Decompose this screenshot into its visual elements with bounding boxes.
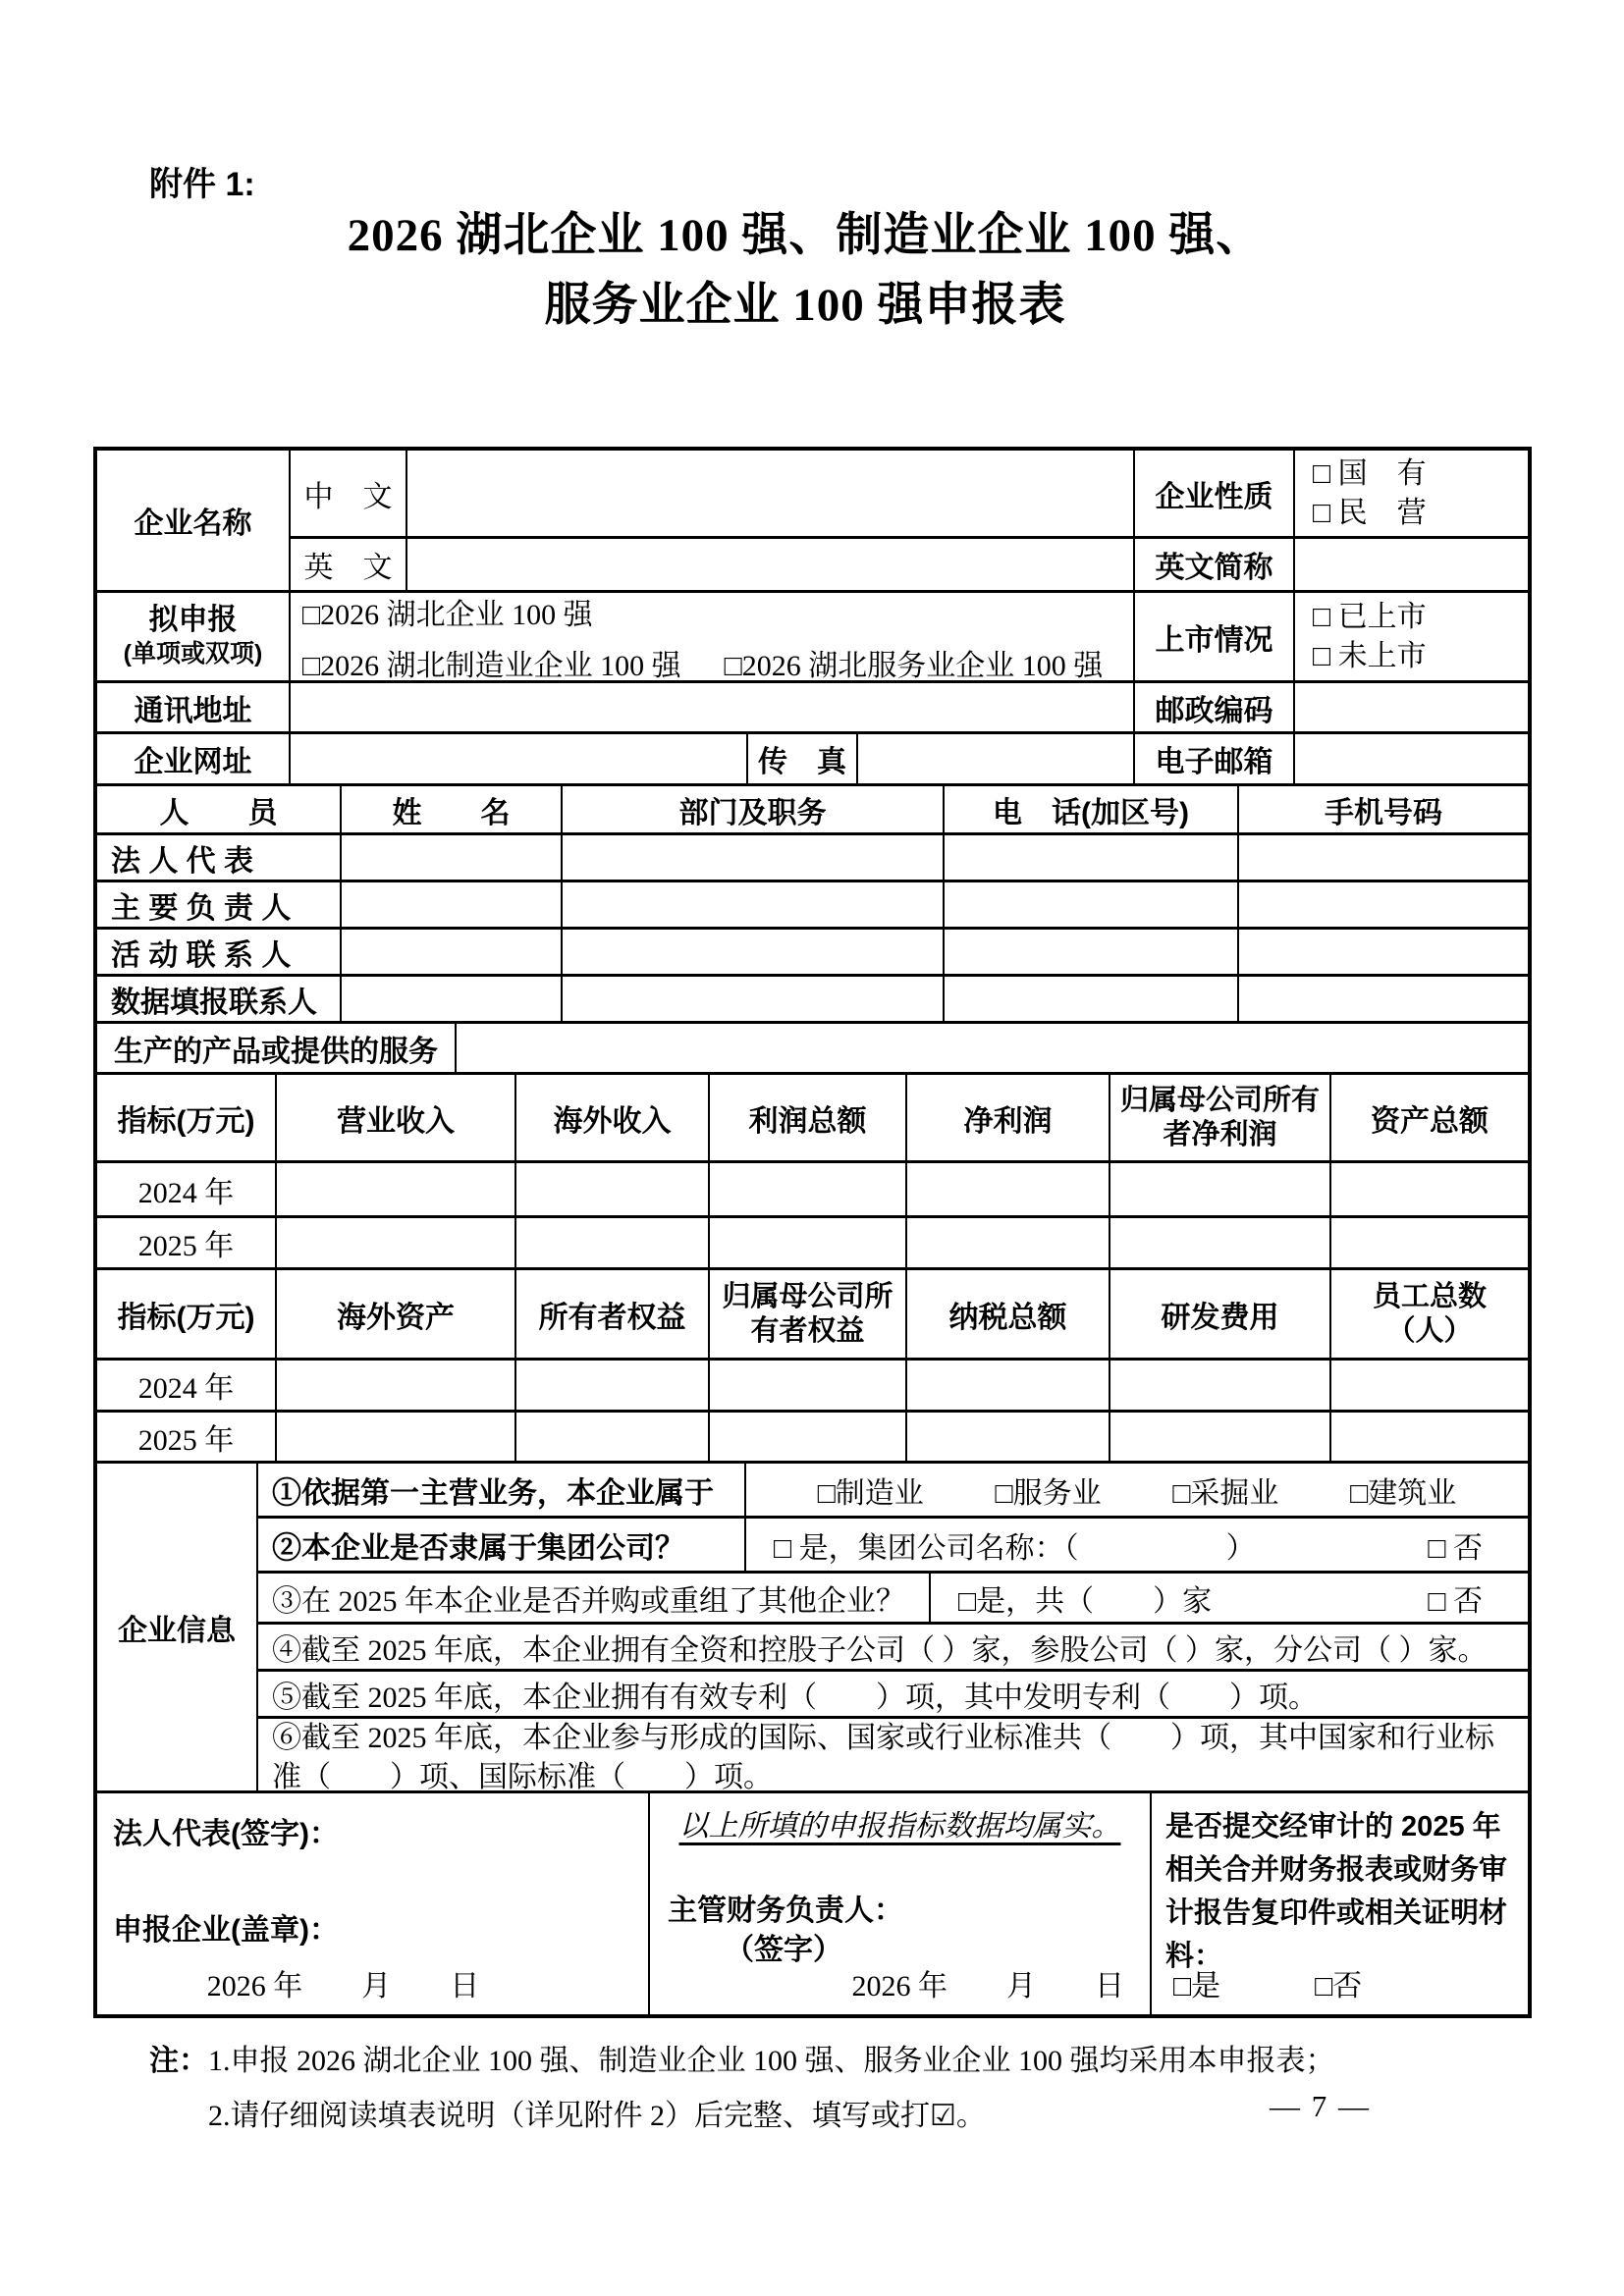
field-2025-owner-equity[interactable] — [516, 1413, 710, 1461]
apply-options-line2: □2026 湖北制造业企业 100 强 □2026 湖北服务业企业 100 强 — [302, 641, 1103, 681]
people-header-phone: 电 话(加区号) — [945, 786, 1239, 832]
indicators1-header-net-profit: 净利润 — [907, 1075, 1110, 1160]
field-2024-overseas-assets[interactable] — [277, 1361, 516, 1410]
signature-left-cell: 法人代表(签字)： 申报企业(盖章)： 2026 年 月 日 — [97, 1793, 650, 2014]
field-company-name-chinese[interactable] — [407, 451, 1135, 536]
checkbox-q3-yes[interactable]: □是，共（ ）家 — [958, 1576, 1212, 1620]
company-name-label: 企业名称 — [97, 451, 291, 590]
row-company-info: 企业信息 ①依据第一主营业务，本企业属于 □制造业 □服务业 □采掘业 □建筑业… — [97, 1464, 1528, 1793]
website-label: 企业网址 — [97, 734, 291, 783]
field-legal-rep-name[interactable] — [342, 835, 563, 880]
field-products[interactable] — [457, 1024, 1528, 1072]
note-label: 注： — [149, 2034, 208, 2144]
company-info-questions: ①依据第一主营业务，本企业属于 □制造业 □服务业 □采掘业 □建筑业 ②本企业… — [258, 1464, 1528, 1790]
company-nature-options: □ 国 有 □ 民 营 — [1295, 451, 1528, 536]
field-2024-rd-expense[interactable] — [1110, 1361, 1331, 1410]
company-seal-label: 申报企业(盖章)： — [113, 1905, 339, 1949]
q2-options: □ 是，集团公司名称：（ ） □ 否 — [746, 1519, 1528, 1571]
field-2024-total-tax[interactable] — [907, 1361, 1110, 1410]
signature-right-cell: 是否提交经审计的 2025 年相关合并财务报表或财务审计报告复印件或相关证明材料… — [1152, 1793, 1528, 2014]
field-activity-contact-mobile[interactable] — [1239, 930, 1528, 974]
signature-date-mid: 2026 年 月 日 — [852, 1961, 1125, 2004]
field-2025-overseas-revenue[interactable] — [516, 1218, 710, 1267]
declaration-text: 以上所填的申报指标数据均属实。 — [654, 1801, 1146, 1844]
field-principal-phone[interactable] — [945, 882, 1239, 927]
audit-options: □是 □否 — [1173, 1961, 1362, 2004]
checkbox-service-top100[interactable]: □2026 湖北服务业企业 100 强 — [725, 641, 1104, 681]
checkbox-hubei-top100[interactable]: □2026 湖北企业 100 强 — [302, 593, 593, 633]
field-principal-dept[interactable] — [563, 882, 945, 927]
row-apply: 拟申报 (单项或双项) □2026 湖北企业 100 强 □2026 湖北制造业… — [97, 593, 1528, 683]
checkbox-state-owned[interactable]: □ 国 有 — [1313, 454, 1427, 494]
legal-representative-label: 法 人 代 表 — [97, 835, 342, 880]
field-legal-rep-phone[interactable] — [945, 835, 1239, 880]
form-title: 2026 湖北企业 100 强、制造业企业 100 强、 服务业企业 100 强… — [0, 201, 1610, 341]
footnotes: 注： 1.申报 2026 湖北企业 100 强、制造业企业 100 强、服务业企… — [149, 2034, 1335, 2144]
checkbox-q3-no[interactable]: □ 否 — [1428, 1576, 1483, 1620]
english-abbr-label: 英文简称 — [1135, 539, 1295, 590]
indicators1-header-revenue: 营业收入 — [277, 1075, 516, 1160]
row-indicators1-2024: 2024 年 — [97, 1163, 1528, 1218]
q2-text: ②本企业是否隶属于集团公司？ — [258, 1519, 746, 1571]
indicators2-header-parent-equity: 归属母公司所有者权益 — [710, 1270, 907, 1358]
company-info-label: 企业信息 — [97, 1464, 258, 1790]
signature-middle-cell: 以上所填的申报指标数据均属实。 主管财务负责人： （签字） 2026 年 月 日 — [650, 1793, 1152, 2014]
people-header-role: 人 员 — [97, 786, 342, 832]
field-fax[interactable] — [858, 734, 1135, 783]
subrow-q5: ⑤截至 2025 年底，本企业拥有有效专利（ ）项，其中发明专利（ ）项。 — [258, 1672, 1528, 1719]
row-people-header: 人 员 姓 名 部门及职务 电 话(加区号) 手机号码 — [97, 786, 1528, 835]
q6-text: ⑥截至 2025 年底，本企业参与形成的国际、国家或行业标准共（ ）项，其中国家… — [258, 1719, 1528, 1797]
field-2024-revenue[interactable] — [277, 1163, 516, 1215]
indicators2-header-unit: 指标(万元) — [97, 1270, 277, 1358]
indicators2-header-owner-equity: 所有者权益 — [516, 1270, 710, 1358]
indicators1-header-parent-net-profit: 归属母公司所有者净利润 — [1110, 1075, 1331, 1160]
indicators1-header-total-assets: 资产总额 — [1331, 1075, 1528, 1160]
field-data-contact-mobile[interactable] — [1239, 977, 1528, 1021]
audit-question: 是否提交经审计的 2025 年相关合并财务报表或财务审计报告复印件或相关证明材料… — [1165, 1805, 1516, 1978]
listing-status-label: 上市情况 — [1135, 593, 1295, 680]
attachment-label: 附件 1: — [149, 157, 255, 205]
field-2025-total-profit[interactable] — [710, 1218, 907, 1267]
field-2025-parent-net-profit[interactable] — [1110, 1218, 1331, 1267]
field-email[interactable] — [1295, 734, 1528, 783]
indicators2-header-rd-expense: 研发费用 — [1110, 1270, 1331, 1358]
note-lines: 1.申报 2026 湖北企业 100 强、制造业企业 100 强、服务业企业 1… — [208, 2034, 1335, 2144]
page-number: — 7 — — [1270, 2089, 1371, 2124]
legal-rep-sign-label: 法人代表(签字)： — [113, 1809, 339, 1852]
people-header-name: 姓 名 — [342, 786, 563, 832]
form-title-line1: 2026 湖北企业 100 强、制造业企业 100 强、 — [348, 210, 1264, 261]
field-activity-contact-phone[interactable] — [945, 930, 1239, 974]
chinese-name-label: 中 文 — [291, 451, 407, 536]
document-page: 附件 1: 2026 湖北企业 100 强、制造业企业 100 强、 服务业企业… — [0, 0, 1624, 2296]
note-line-2: 2.请仔细阅读填表说明（详见附件 2）后完整、填写或打☑。 — [208, 2089, 1335, 2144]
checkbox-manufacturing[interactable]: □制造业 — [818, 1468, 924, 1512]
field-principal-mobile[interactable] — [1239, 882, 1528, 927]
indicators2-year-2025: 2025 年 — [97, 1413, 277, 1461]
application-form-table: 企业名称 中 文 企业性质 □ 国 有 □ 民 营 英 文 英文简称 — [93, 447, 1532, 2018]
subrow-q2: ②本企业是否隶属于集团公司？ □ 是，集团公司名称：（ ） □ 否 — [258, 1519, 1528, 1574]
subrow-q1: ①依据第一主营业务，本企业属于 □制造业 □服务业 □采掘业 □建筑业 — [258, 1464, 1528, 1519]
field-address[interactable] — [291, 683, 1135, 731]
cfo-label: 主管财务负责人： — [668, 1886, 903, 1929]
field-2025-revenue[interactable] — [277, 1218, 516, 1267]
form-title-line2: 服务业企业 100 强申报表 — [545, 280, 1066, 331]
apply-sublabel: (单项或双项) — [124, 637, 263, 670]
subrow-english-name: 英 文 英文简称 — [291, 539, 1528, 590]
field-2025-employees[interactable] — [1331, 1413, 1528, 1461]
field-activity-contact-name[interactable] — [342, 930, 563, 974]
q3-text: ③在 2025 年本企业是否并购或重组了其他企业？ — [258, 1574, 931, 1622]
field-2024-total-assets[interactable] — [1331, 1163, 1528, 1215]
field-data-contact-phone[interactable] — [945, 977, 1239, 1021]
row-indicators2-2024: 2024 年 — [97, 1361, 1528, 1413]
row-company-name: 企业名称 中 文 企业性质 □ 国 有 □ 民 营 英 文 英文简称 — [97, 451, 1528, 593]
row-website: 企业网址 传 真 电子邮箱 — [97, 734, 1528, 786]
checkbox-q2-no[interactable]: □ 否 — [1428, 1523, 1483, 1567]
company-name-subgrid: 中 文 企业性质 □ 国 有 □ 民 营 英 文 英文简称 — [291, 451, 1528, 590]
address-label: 通讯地址 — [97, 683, 291, 731]
checkbox-service[interactable]: □服务业 — [996, 1468, 1102, 1512]
field-principal-name[interactable] — [342, 882, 563, 927]
q5-text: ⑤截至 2025 年底，本企业拥有有效专利（ ）项，其中发明专利（ ）项。 — [258, 1672, 1528, 1716]
indicators1-year-2025: 2025 年 — [97, 1218, 277, 1267]
activity-contact-label: 活 动 联 系 人 — [97, 930, 342, 974]
q3-options: □是，共（ ）家 □ 否 — [931, 1574, 1528, 1622]
row-products: 生产的产品或提供的服务 — [97, 1024, 1528, 1075]
field-2024-parent-equity[interactable] — [710, 1361, 907, 1410]
checkbox-listed[interactable]: □ 已上市 — [1313, 598, 1427, 637]
principal-label: 主 要 负 责 人 — [97, 882, 342, 927]
field-2024-net-profit[interactable] — [907, 1163, 1110, 1215]
row-legal-representative: 法 人 代 表 — [97, 835, 1528, 882]
field-english-abbr[interactable] — [1295, 539, 1528, 590]
signature-date-left: 2026 年 月 日 — [97, 1961, 589, 2004]
company-nature-label: 企业性质 — [1135, 451, 1295, 536]
postal-code-label: 邮政编码 — [1135, 683, 1295, 731]
row-indicators1-header: 指标(万元) 营业收入 海外收入 利润总额 净利润 归属母公司所有者净利润 资产… — [97, 1075, 1528, 1163]
field-2025-parent-equity[interactable] — [710, 1413, 907, 1461]
indicators1-header-total-profit: 利润总额 — [710, 1075, 907, 1160]
field-2025-total-tax[interactable] — [907, 1413, 1110, 1461]
english-name-label: 英 文 — [291, 539, 407, 590]
indicators2-header-employees: 员工总数（人） — [1331, 1270, 1528, 1358]
apply-label: 拟申报 — [149, 604, 238, 637]
fax-label: 传 真 — [748, 734, 858, 783]
field-2024-parent-net-profit[interactable] — [1110, 1163, 1331, 1215]
row-address: 通讯地址 邮政编码 — [97, 683, 1528, 734]
field-data-contact-dept[interactable] — [563, 977, 945, 1021]
checkbox-manufacturing-top100[interactable]: □2026 湖北制造业企业 100 强 — [302, 641, 681, 681]
q1-options: □制造业 □服务业 □采掘业 □建筑业 — [746, 1464, 1528, 1516]
field-company-name-english[interactable] — [407, 539, 1135, 590]
field-2025-rd-expense[interactable] — [1110, 1413, 1331, 1461]
checkbox-private[interactable]: □ 民 营 — [1313, 494, 1427, 533]
checkbox-construction[interactable]: □建筑业 — [1350, 1468, 1456, 1512]
field-2024-overseas-revenue[interactable] — [516, 1163, 710, 1215]
indicators2-year-2024: 2024 年 — [97, 1361, 277, 1410]
indicators2-header-total-tax: 纳税总额 — [907, 1270, 1110, 1358]
row-indicators2-header: 指标(万元) 海外资产 所有者权益 归属母公司所有者权益 纳税总额 研发费用 员… — [97, 1270, 1528, 1361]
row-activity-contact: 活 动 联 系 人 — [97, 930, 1528, 977]
checkbox-q2-yes[interactable]: □ 是，集团公司名称：（ ） — [774, 1523, 1256, 1567]
row-data-contact: 数据填报联系人 — [97, 977, 1528, 1024]
field-2024-owner-equity[interactable] — [516, 1361, 710, 1410]
note-line-1: 1.申报 2026 湖北企业 100 强、制造业企业 100 强、服务业企业 1… — [208, 2034, 1335, 2089]
products-label: 生产的产品或提供的服务 — [97, 1024, 457, 1072]
checkbox-audit-no[interactable]: □否 — [1315, 1961, 1362, 2004]
field-2025-total-assets[interactable] — [1331, 1218, 1528, 1267]
subrow-q6: ⑥截至 2025 年底，本企业参与形成的国际、国家或行业标准共（ ）项，其中国家… — [258, 1719, 1528, 1797]
q1-text: ①依据第一主营业务，本企业属于 — [258, 1464, 746, 1516]
data-contact-label: 数据填报联系人 — [97, 977, 342, 1021]
indicators1-header-unit: 指标(万元) — [97, 1075, 277, 1160]
people-header-dept: 部门及职务 — [563, 786, 945, 832]
indicators2-header-overseas-assets: 海外资产 — [277, 1270, 516, 1358]
field-data-contact-name[interactable] — [342, 977, 563, 1021]
subrow-q4: ④截至 2025 年底，本企业拥有全资和控股子公司（ ）家，参股公司（ ）家，分… — [258, 1625, 1528, 1672]
row-signature: 法人代表(签字)： 申报企业(盖章)： 2026 年 月 日 以上所填的申报指标… — [97, 1793, 1528, 2014]
field-website[interactable] — [291, 734, 748, 783]
q4-text: ④截至 2025 年底，本企业拥有全资和控股子公司（ ）家，参股公司（ ）家，分… — [258, 1625, 1528, 1669]
row-principal: 主 要 负 责 人 — [97, 882, 1528, 930]
people-header-mobile: 手机号码 — [1239, 786, 1528, 832]
field-legal-rep-mobile[interactable] — [1239, 835, 1528, 880]
checkbox-audit-yes[interactable]: □是 — [1173, 1961, 1220, 2004]
field-2024-total-profit[interactable] — [710, 1163, 907, 1215]
indicators1-year-2024: 2024 年 — [97, 1163, 277, 1215]
apply-label-cell: 拟申报 (单项或双项) — [97, 593, 291, 680]
subrow-chinese-name: 中 文 企业性质 □ 国 有 □ 民 营 — [291, 451, 1528, 539]
email-label: 电子邮箱 — [1135, 734, 1295, 783]
cfo-sign-label: （签字） — [725, 1925, 842, 1968]
field-2025-net-profit[interactable] — [907, 1218, 1110, 1267]
field-postal-code[interactable] — [1295, 683, 1528, 731]
checkbox-mining[interactable]: □采掘业 — [1172, 1468, 1278, 1512]
field-2025-overseas-assets[interactable] — [277, 1413, 516, 1461]
field-legal-rep-dept[interactable] — [563, 835, 945, 880]
listing-status-options: □ 已上市 □ 未上市 — [1295, 593, 1528, 680]
subrow-q3: ③在 2025 年本企业是否并购或重组了其他企业？ □是，共（ ）家 □ 否 — [258, 1574, 1528, 1625]
row-indicators1-2025: 2025 年 — [97, 1218, 1528, 1270]
apply-options: □2026 湖北企业 100 强 □2026 湖北制造业企业 100 强 □20… — [291, 593, 1135, 680]
checkbox-not-listed[interactable]: □ 未上市 — [1313, 637, 1427, 676]
field-2024-employees[interactable] — [1331, 1361, 1528, 1410]
row-indicators2-2025: 2025 年 — [97, 1413, 1528, 1464]
field-activity-contact-dept[interactable] — [563, 930, 945, 974]
indicators1-header-overseas-revenue: 海外收入 — [516, 1075, 710, 1160]
